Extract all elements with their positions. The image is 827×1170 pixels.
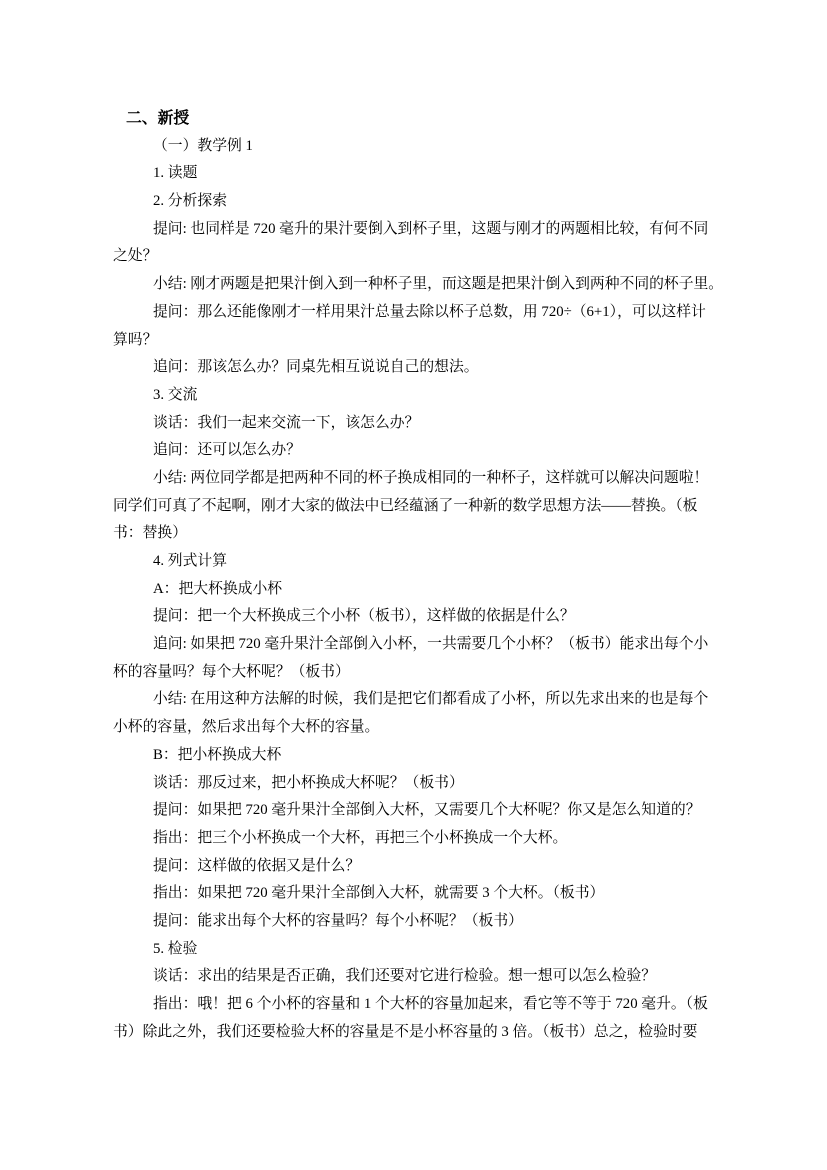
section-heading: 二、新授: [113, 105, 713, 133]
text-line: 5. 检验: [113, 936, 713, 964]
text-line: 提问: 也同样是 720 毫升的果汁要倒入到杯子里，这题与刚才的两题相比较，有何…: [113, 216, 713, 244]
text-line: 同学们可真了不起啊，刚才大家的做法中已经蕴涵了一种新的数学思想方法——替换。（板: [113, 493, 713, 521]
text-line: A：把大杯换成小杯: [113, 576, 713, 604]
text-line: 之处？: [113, 243, 713, 271]
text-line: 小结: 在用这种方法解的时候，我们是把它们都看成了小杯，所以先求出来的也是每个: [113, 686, 713, 714]
text-line: 指出：如果把 720 毫升果汁全部倒入大杯，就需要 3 个大杯。（板书）: [113, 880, 713, 908]
text-line: 指出：把三个小杯换成一个大杯，再把三个小杯换成一个大杯。: [113, 825, 713, 853]
text-line: 书）除此之外，我们还要检验大杯的容量是不是小杯容量的 3 倍。（板书）总之，检验…: [113, 1019, 713, 1047]
text-line: 谈话：我们一起来交流一下，该怎么办？: [113, 410, 713, 438]
text-line: 谈话：那反过来，把小杯换成大杯呢？（板书）: [113, 770, 713, 798]
text-line: 2. 分析探索: [113, 188, 713, 216]
text-line: 1. 读题: [113, 160, 713, 188]
text-line: 谈话：求出的结果是否正确，我们还要对它进行检验。想一想可以怎么检验？: [113, 963, 713, 991]
text-line: 书：替换）: [113, 520, 713, 548]
text-line: 4. 列式计算: [113, 548, 713, 576]
text-line: 提问：那么还能像刚才一样用果汁总量去除以杯子总数，用 720÷（6+1），可以这…: [113, 299, 713, 327]
text-line: 提问：这样做的依据又是什么？: [113, 853, 713, 881]
text-line: 提问：如果把 720 毫升果汁全部倒入大杯，又需要几个大杯呢？你又是怎么知道的？: [113, 797, 713, 825]
text-line: 追问: 如果把 720 毫升果汁全部倒入小杯，一共需要几个小杯？（板书）能求出每…: [113, 631, 713, 659]
text-line: 小结: 两位同学都是把两种不同的杯子换成相同的一种杯子，这样就可以解决问题啦！: [113, 465, 713, 493]
text-line: 3. 交流: [113, 382, 713, 410]
text-line: 提问：能求出每个大杯的容量吗？每个小杯呢？（板书）: [113, 908, 713, 936]
text-line: 追问：那该怎么办？同桌先相互说说自己的想法。: [113, 354, 713, 382]
text-line: 追问：还可以怎么办？: [113, 437, 713, 465]
text-line: 算吗？: [113, 327, 713, 355]
text-line: 小杯的容量，然后求出每个大杯的容量。: [113, 714, 713, 742]
text-line: B：把小杯换成大杯: [113, 742, 713, 770]
text-line: 指出：哦！把 6 个小杯的容量和 1 个大杯的容量加起来，看它等不等于 720 …: [113, 991, 713, 1019]
text-line: 提问：把一个大杯换成三个小杯（板书），这样做的依据是什么？: [113, 603, 713, 631]
document-page: 二、新授（一）教学例 11. 读题2. 分析探索提问: 也同样是 720 毫升的…: [113, 105, 713, 1046]
text-line: （一）教学例 1: [113, 133, 713, 161]
text-line: 小结: 刚才两题是把果汁倒入到一种杯子里，而这题是把果汁倒入到两种不同的杯子里。: [113, 271, 713, 299]
text-line: 杯的容量吗？每个大杯呢？（板书）: [113, 659, 713, 687]
